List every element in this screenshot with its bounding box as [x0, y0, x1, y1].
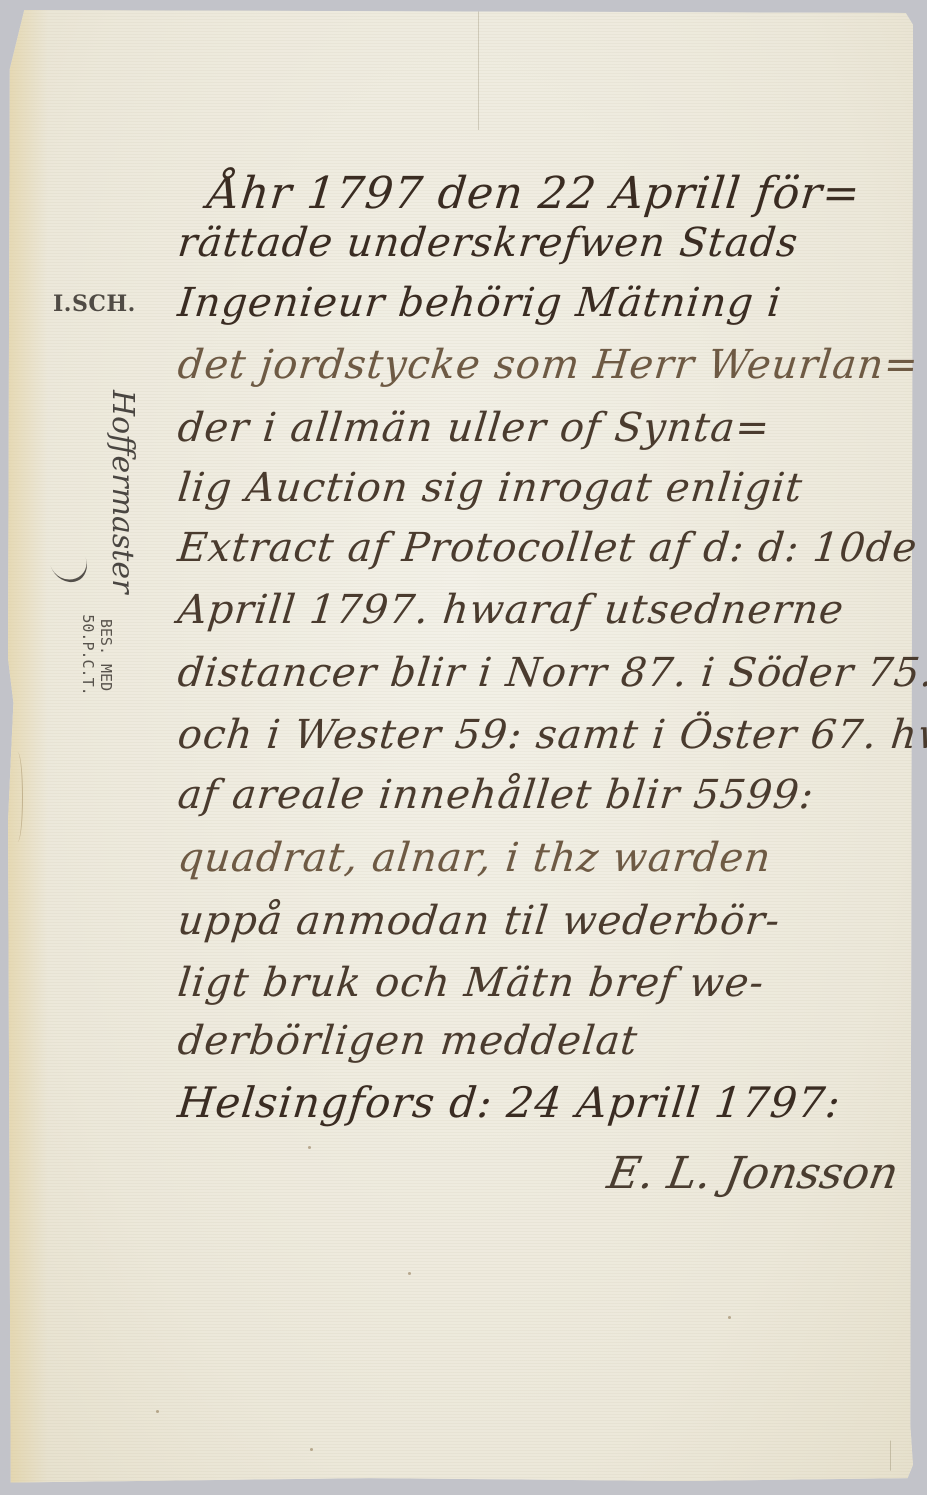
paper-speck — [408, 1272, 411, 1275]
text-line-14: ligt bruk och Mätn bref we- — [176, 960, 767, 1006]
text-line-4: det jordstycke som Herr Weurlan= — [176, 342, 921, 388]
paper-tear — [12, 752, 23, 842]
text-line-12: quadrat, alnar, i thz warden — [176, 835, 774, 881]
author-signature: E. L. Jonsson — [604, 1148, 903, 1199]
paper-speck — [308, 1146, 311, 1149]
text-line-6: lig Auction sig inrogat enligit — [176, 465, 805, 511]
margin-signature: Hoffermaster — [100, 390, 140, 590]
text-line-3: Ingenieur behörig Mätning i — [176, 280, 784, 326]
text-line-16-place-date: Helsingfors d: 24 Aprill 1797: — [175, 1078, 843, 1127]
paper-speck — [156, 1410, 159, 1413]
corner-fold — [890, 1431, 907, 1471]
text-line-8: Aprill 1797. hwaraf utsednerne — [176, 587, 847, 633]
text-line-5: der i allmän uller of Synta= — [176, 405, 773, 451]
margin-stamp-rotated: BES. MED 50.P.C.T. — [65, 590, 115, 720]
stamp-line-1: BES. MED — [97, 590, 115, 720]
paper-speck — [728, 1316, 731, 1319]
text-line-11: af areale innehållet blir 5599: — [176, 772, 817, 818]
margin-stamp-isch: I.SCH. — [53, 291, 136, 317]
text-line-9: distancer blir i Norr 87. i Söder 75. — [176, 650, 927, 696]
paper-speck — [310, 1448, 313, 1451]
stamp-line-2: 50.P.C.T. — [79, 590, 97, 720]
text-line-2: rättade underskrefwen Stads — [176, 220, 801, 266]
text-line-15: derbörligen meddelat — [176, 1018, 641, 1064]
text-line-13: uppå anmodan til wederbör- — [176, 898, 783, 944]
text-line-1: Åhr 1797 den 22 Aprill för= — [205, 168, 863, 219]
text-line-7: Extract af Protocollet af d: d: 10de — [176, 525, 920, 571]
text-line-10: och i Wester 59: samt i Öster 67. hwaraf — [176, 712, 927, 758]
